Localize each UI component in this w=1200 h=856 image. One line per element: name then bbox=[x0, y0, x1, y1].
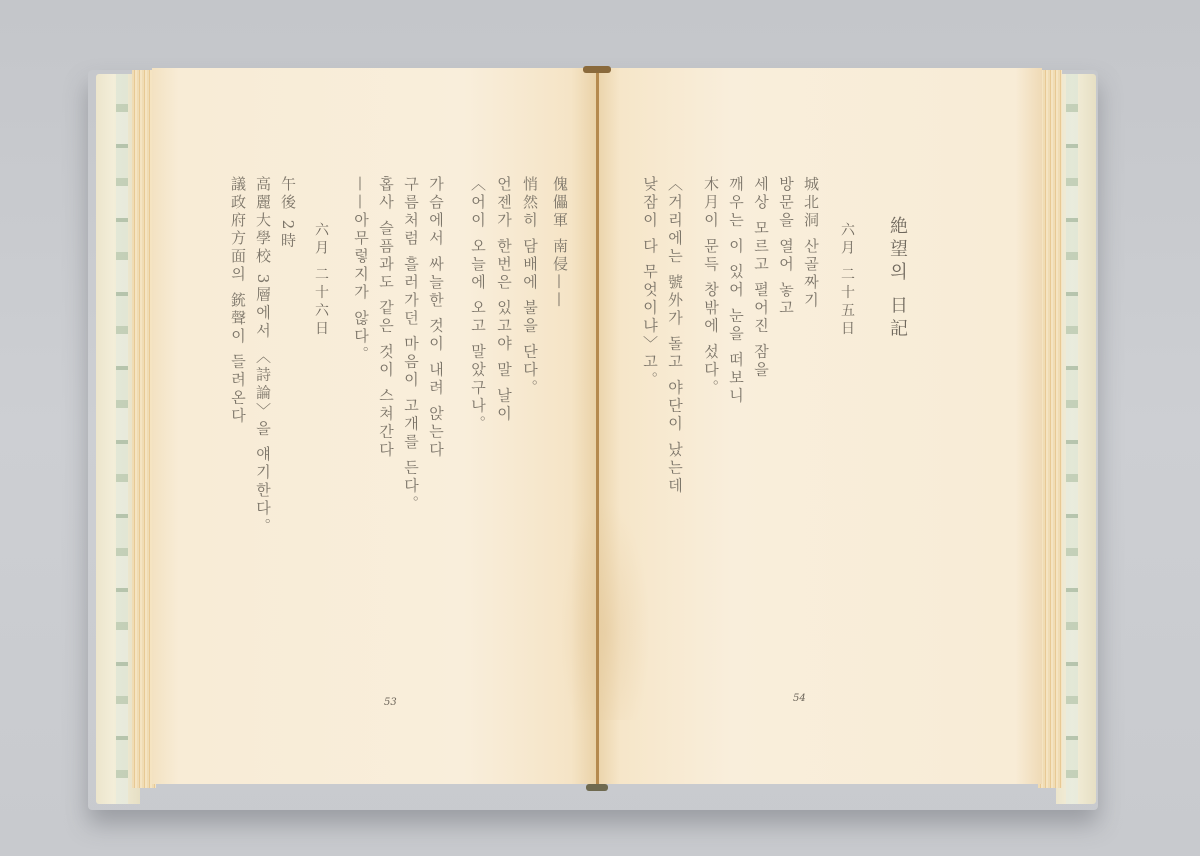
text-column: 깨우는 이 있어 눈을 떠보니 bbox=[728, 176, 743, 405]
book-cover-right bbox=[1056, 74, 1096, 804]
text-column: 세상 모르고 펼어진 잠을 bbox=[753, 176, 768, 379]
book-gutter bbox=[596, 66, 599, 786]
text-column: 구름처럼 흘러가던 마음이 고개를 든다。 bbox=[403, 176, 418, 513]
text-column: ——아무렇지가 않다。 bbox=[353, 176, 368, 364]
date-heading: 六月 二十五日 bbox=[840, 222, 854, 338]
text-column: 가슴에서 싸늘한 것이 내려 앉는다 bbox=[428, 176, 443, 459]
text-column: 언젠가 한번은 있고야 말 날이 bbox=[496, 176, 511, 423]
text-column: 낮잠이 다 무엇이냐〉고。 bbox=[642, 176, 657, 390]
text-column: 〈어이 오늘에 오고 말았구나。 bbox=[470, 176, 485, 433]
chapter-title: 絶望의 日記 bbox=[888, 216, 906, 342]
text-column: 방문을 열어 놓고 bbox=[778, 176, 793, 318]
text-column: 홉사 슬픔과도 같은 것이 스쳐간다 bbox=[378, 176, 393, 459]
cover-pattern bbox=[116, 74, 128, 804]
text-column: 議政府方面의 銃聲이 들려온다 bbox=[230, 176, 245, 426]
text-column: 傀儡軍 南侵—— bbox=[552, 176, 567, 310]
text-column: 悄然히 담배에 불을 단다。 bbox=[522, 176, 537, 397]
page-number-left: 53 bbox=[384, 697, 397, 708]
text-column: 〈거리에는 號外가 돌고 야단이 났는데 bbox=[667, 176, 682, 495]
cover-pattern bbox=[1066, 74, 1078, 804]
text-column: 高麗大學校 3層에서 〈詩論〉을 얘기한다。 bbox=[255, 176, 270, 536]
date-heading: 六月 二十六日 bbox=[314, 222, 328, 338]
water-stain bbox=[560, 500, 650, 720]
text-column: 木月이 문득 창밖에 섰다。 bbox=[703, 176, 718, 397]
headband-bottom bbox=[586, 784, 608, 791]
headband-top bbox=[583, 66, 611, 73]
text-column: 午後 2時 bbox=[280, 176, 295, 250]
right-page bbox=[598, 68, 1042, 784]
page-number-right: 54 bbox=[793, 693, 806, 704]
text-column: 城北洞 산골짜기 bbox=[803, 176, 818, 310]
